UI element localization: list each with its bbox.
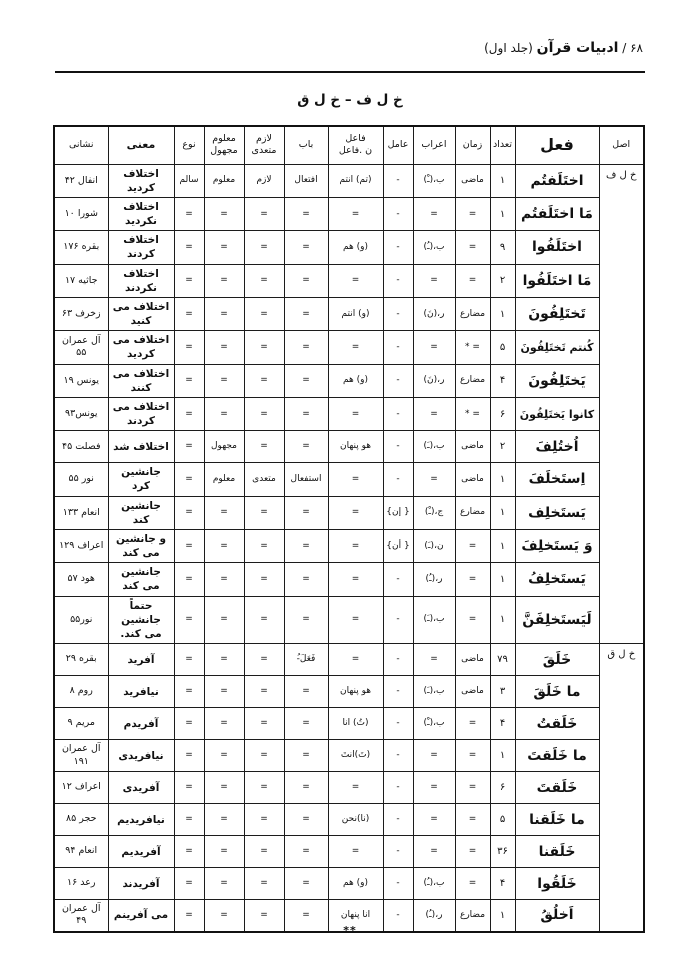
- cell-lazem: =: [244, 197, 284, 230]
- cell-lazem: =: [244, 772, 284, 804]
- cell-fael: (تُ) انا: [328, 708, 383, 740]
- cell-lazem: =: [244, 676, 284, 708]
- cell-amel: -: [383, 331, 413, 364]
- cell-malum: =: [204, 563, 244, 596]
- cell-malum: =: [204, 676, 244, 708]
- cell-verb: اختَلَفُوا: [515, 231, 599, 264]
- table-row: یَستَخلِف۱مضارعج،(ـْ){ إن}=====جانشین کن…: [54, 496, 644, 529]
- cell-bab: =: [284, 868, 328, 900]
- cell-erab: ب،(ـَ): [413, 676, 455, 708]
- cell-erab: ر،(نَ): [413, 297, 455, 330]
- cell-meaning: نیافرید: [108, 676, 174, 708]
- cell-erab: ب،(ـُ): [413, 231, 455, 264]
- cell-count: ۳۶: [490, 836, 515, 868]
- cell-lazem: =: [244, 364, 284, 397]
- cell-verb: ما خَلَقنا: [515, 804, 599, 836]
- cell-amel: -: [383, 364, 413, 397]
- cell-tense: مضارع: [455, 297, 490, 330]
- cell-meaning: جانشین کرد: [108, 463, 174, 496]
- cell-fael: (و) هم: [328, 364, 383, 397]
- cell-bab: =: [284, 740, 328, 772]
- cell-lazem: =: [244, 331, 284, 364]
- cell-tense: ماضی: [455, 431, 490, 463]
- cell-lazem: =: [244, 563, 284, 596]
- cell-ref: مریم ۹: [54, 708, 108, 740]
- cell-erab: ب،(ـَ): [413, 431, 455, 463]
- table-row: ما خَلَقَ۳ماضیب،(ـَ)-هو پنهان====نیافرید…: [54, 676, 644, 708]
- cell-malum: معلوم: [204, 463, 244, 496]
- col-header-ref: نشانی: [54, 126, 108, 164]
- cell-count: ۳: [490, 676, 515, 708]
- cell-amel: -: [383, 197, 413, 230]
- cell-verb: کانوا یَختَلِفُونَ: [515, 397, 599, 430]
- cell-type: =: [174, 596, 204, 644]
- col-header-meaning: معنی: [108, 126, 174, 164]
- cell-bab: =: [284, 836, 328, 868]
- cell-type: =: [174, 868, 204, 900]
- cell-tense: =: [455, 231, 490, 264]
- cell-erab: ب،(ـْ): [413, 164, 455, 197]
- cell-count: ۶: [490, 397, 515, 430]
- cell-malum: =: [204, 772, 244, 804]
- cell-erab: ب،(ـْ): [413, 708, 455, 740]
- table-row: کُنتم تَختَلِفُونَ۵= *=-=====اختلاف می ک…: [54, 331, 644, 364]
- cell-verb: خَلَقتُ: [515, 708, 599, 740]
- cell-type: =: [174, 197, 204, 230]
- cell-fael: =: [328, 264, 383, 297]
- table-row: خَلَقتَ۶==-=====آفریدیاعراف ۱۲: [54, 772, 644, 804]
- table-row: اختَلَفُوا۹=ب،(ـُ)-(و) هم====اختلاف کردن…: [54, 231, 644, 264]
- cell-bab: =: [284, 804, 328, 836]
- cell-tense: = *: [455, 331, 490, 364]
- cell-tense: ماضی: [455, 644, 490, 676]
- cell-malum: =: [204, 804, 244, 836]
- cell-count: ۱: [490, 596, 515, 644]
- cell-count: ۱: [490, 740, 515, 772]
- table-row: کانوا یَختَلِفُونَ۶= *=-=====اختلاف می ک…: [54, 397, 644, 430]
- cell-bab: =: [284, 264, 328, 297]
- col-header-erab: اعراب: [413, 126, 455, 164]
- cell-count: ۵: [490, 331, 515, 364]
- cell-amel: -: [383, 836, 413, 868]
- cell-erab: ب،(ـَ): [413, 596, 455, 644]
- cell-type: سالم: [174, 164, 204, 197]
- cell-amel: -: [383, 264, 413, 297]
- cell-lazem: =: [244, 397, 284, 430]
- cell-type: =: [174, 297, 204, 330]
- table-row: ما خَلَقنا۵==-(نا)نحن====نیافریدیمحجر ۸۵: [54, 804, 644, 836]
- cell-count: ۴: [490, 364, 515, 397]
- cell-verb: تَختَلِفُونَ: [515, 297, 599, 330]
- cell-fael: =: [328, 644, 383, 676]
- cell-tense: ماضی: [455, 676, 490, 708]
- cell-fael: =: [328, 331, 383, 364]
- book-page: ۶۸ / ادبیات قرآن (جلد اول) خ ل ف – خ ل ق…: [0, 0, 700, 966]
- cell-amel: -: [383, 804, 413, 836]
- cell-lazem: =: [244, 868, 284, 900]
- cell-tense: =: [455, 529, 490, 562]
- cell-bab: =: [284, 676, 328, 708]
- cell-meaning: آفریدند: [108, 868, 174, 900]
- cell-malum: معلوم: [204, 164, 244, 197]
- cell-type: =: [174, 563, 204, 596]
- verb-table: اصل فعل تعداد زمان اعراب عامل فاعل ن .فا…: [53, 125, 645, 933]
- cell-bab: =: [284, 231, 328, 264]
- cell-lazem: =: [244, 264, 284, 297]
- cell-bab: =: [284, 596, 328, 644]
- footer-mark: **: [55, 924, 645, 937]
- cell-verb: خَلَقَ: [515, 644, 599, 676]
- cell-erab: ر،(نَ): [413, 364, 455, 397]
- table-row: خ ل قخَلَقَ۷۹ماضی=-=فَعَلَ-ُ===آفریدبقره…: [54, 644, 644, 676]
- cell-tense: =: [455, 197, 490, 230]
- cell-bab: =: [284, 496, 328, 529]
- cell-amel: -: [383, 397, 413, 430]
- cell-lazem: =: [244, 836, 284, 868]
- cell-fael: =: [328, 463, 383, 496]
- cell-bab: افتعال: [284, 164, 328, 197]
- root-cell: خ ل ق: [599, 644, 644, 932]
- cell-amel: { إن}: [383, 496, 413, 529]
- cell-count: ۲: [490, 431, 515, 463]
- cell-type: =: [174, 740, 204, 772]
- cell-amel: -: [383, 740, 413, 772]
- cell-lazem: =: [244, 297, 284, 330]
- col-header-count: تعداد: [490, 126, 515, 164]
- cell-verb: یَختَلِفُونَ: [515, 364, 599, 397]
- cell-ref: رعد ۱۶: [54, 868, 108, 900]
- col-header-root: اصل: [599, 126, 644, 164]
- cell-tense: =: [455, 868, 490, 900]
- table-row: یَستَخلِفُ۱=ر،(ـُ)-=====جانشین می کندهود…: [54, 563, 644, 596]
- cell-fael: =: [328, 397, 383, 430]
- cell-erab: ر،(ـُ): [413, 563, 455, 596]
- cell-fael: =: [328, 496, 383, 529]
- cell-malum: مجهول: [204, 431, 244, 463]
- cell-type: =: [174, 708, 204, 740]
- cell-ref: یونس ۱۹: [54, 364, 108, 397]
- cell-bab: فَعَلَ-ُ: [284, 644, 328, 676]
- cell-count: ۵: [490, 804, 515, 836]
- cell-erab: =: [413, 397, 455, 430]
- cell-malum: =: [204, 231, 244, 264]
- cell-meaning: آفریدم: [108, 708, 174, 740]
- cell-malum: =: [204, 364, 244, 397]
- cell-amel: { أن}: [383, 529, 413, 562]
- cell-ref: زخرف ۶۳: [54, 297, 108, 330]
- cell-malum: =: [204, 529, 244, 562]
- cell-count: ۱: [490, 529, 515, 562]
- cell-type: =: [174, 331, 204, 364]
- col-header-bab: باب: [284, 126, 328, 164]
- cell-type: =: [174, 496, 204, 529]
- cell-amel: -: [383, 297, 413, 330]
- cell-meaning: اختلاف می کردید: [108, 331, 174, 364]
- cell-ref: اعراف ۱۲: [54, 772, 108, 804]
- cell-lazem: =: [244, 496, 284, 529]
- col-header-amel: عامل: [383, 126, 413, 164]
- cell-verb: ما خَلَقَ: [515, 676, 599, 708]
- cell-fael: (و) انتم: [328, 297, 383, 330]
- cell-type: =: [174, 397, 204, 430]
- cell-ref: انعام ۱۳۳: [54, 496, 108, 529]
- cell-malum: =: [204, 868, 244, 900]
- cell-type: =: [174, 463, 204, 496]
- cell-verb: خَلَقنا: [515, 836, 599, 868]
- cell-erab: =: [413, 804, 455, 836]
- cell-verb: مَا اختَلَفُوا: [515, 264, 599, 297]
- cell-fael: هو پنهان: [328, 431, 383, 463]
- page-header: ۶۸ / ادبیات قرآن (جلد اول): [484, 40, 643, 56]
- cell-amel: -: [383, 676, 413, 708]
- cell-fael: =: [328, 197, 383, 230]
- cell-type: =: [174, 836, 204, 868]
- cell-bab: =: [284, 197, 328, 230]
- table-row: وَ یَستَخلِفَ۱=ن،(ـَ){ أن}=====و جانشین …: [54, 529, 644, 562]
- volume-label: (جلد اول): [484, 41, 537, 55]
- cell-meaning: اختلاف کردند: [108, 231, 174, 264]
- cell-malum: =: [204, 740, 244, 772]
- cell-amel: -: [383, 431, 413, 463]
- cell-lazem: =: [244, 708, 284, 740]
- cell-lazem: =: [244, 644, 284, 676]
- cell-malum: =: [204, 264, 244, 297]
- cell-fael: =: [328, 772, 383, 804]
- cell-verb: اُختُلِفَ: [515, 431, 599, 463]
- cell-amel: -: [383, 231, 413, 264]
- cell-amel: -: [383, 772, 413, 804]
- cell-amel: -: [383, 868, 413, 900]
- cell-count: ۶: [490, 772, 515, 804]
- cell-tense: ماضی: [455, 164, 490, 197]
- cell-meaning: اختلاف می کنید: [108, 297, 174, 330]
- cell-lazem: =: [244, 431, 284, 463]
- cell-count: ۴: [490, 708, 515, 740]
- table-row: خ ل فاختَلَفتُم۱ماضیب،(ـْ)-(تم) انتمافتع…: [54, 164, 644, 197]
- cell-malum: =: [204, 397, 244, 430]
- cell-malum: =: [204, 496, 244, 529]
- cell-meaning: نیافریدیم: [108, 804, 174, 836]
- cell-meaning: آفرید: [108, 644, 174, 676]
- cell-tense: =: [455, 836, 490, 868]
- cell-erab: =: [413, 772, 455, 804]
- cell-meaning: اختلاف می کردند: [108, 397, 174, 430]
- cell-verb: خَلَقتَ: [515, 772, 599, 804]
- table-row: اِستَخلَفَ۱ماضی=-=استفعالمتعدیمعلوم=جانش…: [54, 463, 644, 496]
- page-number: ۶۸: [630, 41, 643, 55]
- section-title: خ ل ف – خ ل ق: [0, 92, 700, 108]
- col-header-fael: فاعل ن .فاعل: [328, 126, 383, 164]
- cell-fael: =: [328, 596, 383, 644]
- cell-ref: حجر ۸۵: [54, 804, 108, 836]
- cell-ref: نور ۵۵: [54, 463, 108, 496]
- cell-bab: استفعال: [284, 463, 328, 496]
- cell-verb: یَستَخلِف: [515, 496, 599, 529]
- cell-tense: =: [455, 804, 490, 836]
- cell-amel: -: [383, 708, 413, 740]
- cell-fael: هو پنهان: [328, 676, 383, 708]
- cell-bab: =: [284, 431, 328, 463]
- cell-fael: (و) هم: [328, 868, 383, 900]
- cell-lazem: =: [244, 804, 284, 836]
- cell-meaning: اختلاف شد: [108, 431, 174, 463]
- cell-bab: =: [284, 772, 328, 804]
- cell-ref: جاثیه ۱۷: [54, 264, 108, 297]
- cell-ref: یونس۹۳: [54, 397, 108, 430]
- cell-malum: =: [204, 331, 244, 364]
- cell-tense: مضارع: [455, 496, 490, 529]
- cell-malum: =: [204, 644, 244, 676]
- cell-erab: ب،(ـُ): [413, 868, 455, 900]
- cell-ref: انفال ۴۲: [54, 164, 108, 197]
- table-row: یَختَلِفُونَ۴مضارعر،(نَ)-(و) هم====اختلا…: [54, 364, 644, 397]
- cell-ref: شورا ۱۰: [54, 197, 108, 230]
- cell-meaning: اختلاف کردید: [108, 164, 174, 197]
- cell-tense: = *: [455, 397, 490, 430]
- cell-ref: آل عمران ۱۹۱: [54, 740, 108, 772]
- cell-meaning: اختلاف نکردید: [108, 197, 174, 230]
- cell-tense: =: [455, 708, 490, 740]
- cell-bab: =: [284, 397, 328, 430]
- cell-ref: انعام ۹۴: [54, 836, 108, 868]
- cell-ref: فصلت ۴۵: [54, 431, 108, 463]
- cell-count: ۴: [490, 868, 515, 900]
- cell-count: ۱: [490, 297, 515, 330]
- cell-erab: =: [413, 836, 455, 868]
- cell-meaning: آفریدی: [108, 772, 174, 804]
- cell-ref: بقره ۱۷۶: [54, 231, 108, 264]
- cell-verb: یَستَخلِفُ: [515, 563, 599, 596]
- cell-tense: =: [455, 772, 490, 804]
- cell-bab: =: [284, 708, 328, 740]
- table-row: خَلَقُوا۴=ب،(ـُ)-(و) هم====آفریدندرعد ۱۶: [54, 868, 644, 900]
- cell-amel: -: [383, 463, 413, 496]
- cell-erab: ن،(ـَ): [413, 529, 455, 562]
- cell-meaning: اختلاف می کنند: [108, 364, 174, 397]
- cell-verb: کُنتم تَختَلِفُونَ: [515, 331, 599, 364]
- col-header-tense: زمان: [455, 126, 490, 164]
- header-rule: [55, 71, 645, 73]
- cell-erab: =: [413, 197, 455, 230]
- table-row: تَختَلِفُونَ۱مضارعر،(نَ)-(و) انتم====اخت…: [54, 297, 644, 330]
- cell-meaning: نیافریدی: [108, 740, 174, 772]
- cell-bab: =: [284, 529, 328, 562]
- cell-lazem: =: [244, 740, 284, 772]
- cell-ref: اعراف ۱۲۹: [54, 529, 108, 562]
- cell-tense: ماضی: [455, 463, 490, 496]
- table-row: خَلَقتُ۴=ب،(ـْ)-(تُ) انا====آفریدممریم ۹: [54, 708, 644, 740]
- cell-count: ۱: [490, 197, 515, 230]
- cell-verb: ما خَلَقتَ: [515, 740, 599, 772]
- cell-erab: =: [413, 463, 455, 496]
- cell-tense: =: [455, 740, 490, 772]
- cell-count: ۷۹: [490, 644, 515, 676]
- cell-lazem: =: [244, 231, 284, 264]
- cell-erab: ج،(ـْ): [413, 496, 455, 529]
- cell-tense: مضارع: [455, 364, 490, 397]
- cell-amel: -: [383, 596, 413, 644]
- cell-malum: =: [204, 596, 244, 644]
- cell-count: ۱: [490, 164, 515, 197]
- root-cell: خ ل ف: [599, 164, 644, 644]
- cell-count: ۱: [490, 463, 515, 496]
- cell-fael: =: [328, 836, 383, 868]
- cell-bab: =: [284, 364, 328, 397]
- cell-type: =: [174, 431, 204, 463]
- cell-lazem: لازم: [244, 164, 284, 197]
- cell-meaning: و جانشین می کند: [108, 529, 174, 562]
- cell-amel: -: [383, 164, 413, 197]
- cell-meaning: جانشین می کند: [108, 563, 174, 596]
- table-row: لَیَستَخلِفَنَّ۱=ب،(ـَ)-=====حتماً جانشی…: [54, 596, 644, 644]
- cell-count: ۹: [490, 231, 515, 264]
- cell-erab: =: [413, 331, 455, 364]
- cell-count: ۱: [490, 496, 515, 529]
- cell-fael: (تم) انتم: [328, 164, 383, 197]
- cell-type: =: [174, 264, 204, 297]
- cell-count: ۲: [490, 264, 515, 297]
- cell-meaning: آفریدیم: [108, 836, 174, 868]
- col-header-type: نوع: [174, 126, 204, 164]
- cell-verb: وَ یَستَخلِفَ: [515, 529, 599, 562]
- cell-meaning: جانشین کند: [108, 496, 174, 529]
- header-separator: /: [618, 41, 630, 55]
- cell-bab: =: [284, 297, 328, 330]
- cell-malum: =: [204, 708, 244, 740]
- cell-type: =: [174, 529, 204, 562]
- cell-type: =: [174, 772, 204, 804]
- cell-type: =: [174, 804, 204, 836]
- cell-type: =: [174, 644, 204, 676]
- cell-amel: -: [383, 563, 413, 596]
- cell-malum: =: [204, 197, 244, 230]
- cell-fael: (و) هم: [328, 231, 383, 264]
- cell-tense: =: [455, 596, 490, 644]
- cell-verb: مَا اختَلَفتُم: [515, 197, 599, 230]
- cell-bab: =: [284, 331, 328, 364]
- cell-ref: هود ۵۷: [54, 563, 108, 596]
- cell-ref: نور۵۵: [54, 596, 108, 644]
- cell-bab: =: [284, 563, 328, 596]
- cell-count: ۱: [490, 563, 515, 596]
- cell-tense: =: [455, 264, 490, 297]
- cell-tense: =: [455, 563, 490, 596]
- cell-fael: =: [328, 529, 383, 562]
- cell-meaning: حتماً جانشین می کند.: [108, 596, 174, 644]
- cell-verb: خَلَقُوا: [515, 868, 599, 900]
- cell-amel: -: [383, 644, 413, 676]
- table-row: مَا اختَلَفُوا۲==-=====اختلاف نکردندجاثی…: [54, 264, 644, 297]
- col-header-malum: معلوم مجهول: [204, 126, 244, 164]
- cell-erab: =: [413, 740, 455, 772]
- table-row: مَا اختَلَفتُم۱==-=====اختلاف نکردیدشورا…: [54, 197, 644, 230]
- table-row: خَلَقنا۳۶==-=====آفریدیمانعام ۹۴: [54, 836, 644, 868]
- cell-ref: بقره ۲۹: [54, 644, 108, 676]
- header-row: اصل فعل تعداد زمان اعراب عامل فاعل ن .فا…: [54, 126, 644, 164]
- cell-verb: اختَلَفتُم: [515, 164, 599, 197]
- cell-type: =: [174, 231, 204, 264]
- col-header-verb: فعل: [515, 126, 599, 164]
- cell-lazem: =: [244, 529, 284, 562]
- cell-fael: (نا)نحن: [328, 804, 383, 836]
- cell-malum: =: [204, 297, 244, 330]
- cell-erab: =: [413, 644, 455, 676]
- cell-type: =: [174, 364, 204, 397]
- table-row: ما خَلَقتَ۱==-(تَ)انتَ====نیافریدیآل عمر…: [54, 740, 644, 772]
- book-title: ادبیات قرآن: [537, 40, 619, 56]
- cell-fael: =: [328, 563, 383, 596]
- table-body: خ ل فاختَلَفتُم۱ماضیب،(ـْ)-(تم) انتمافتع…: [54, 164, 644, 932]
